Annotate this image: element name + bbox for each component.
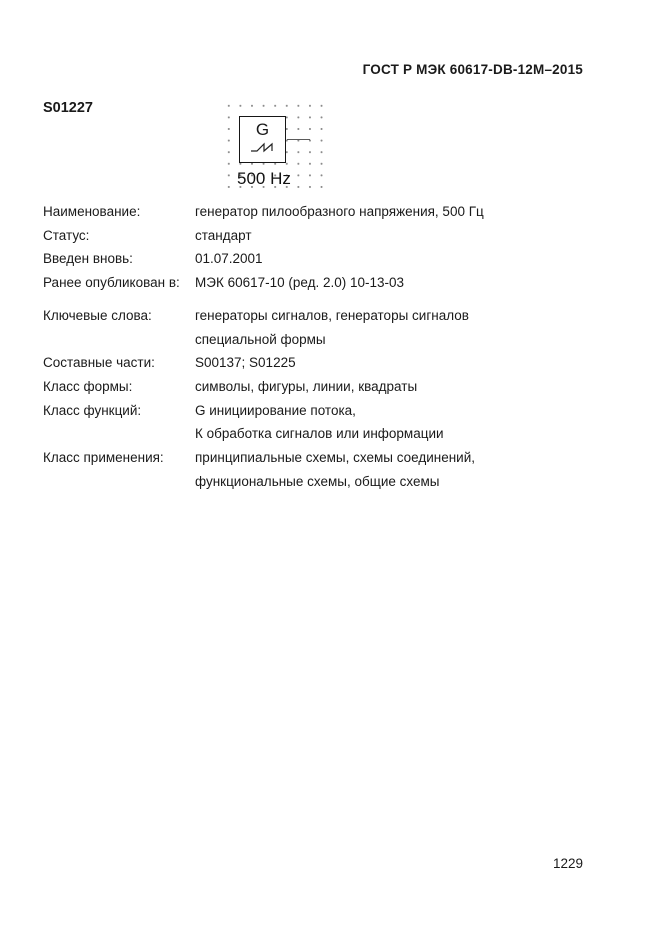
field-value: 01.07.2001	[195, 247, 603, 271]
field-row: Ранее опубликован в: МЭК 60617-10 (ред. …	[43, 271, 603, 295]
field-row: Наименование: генератор пилообразного на…	[43, 200, 603, 224]
field-label: Наименование:	[43, 200, 195, 224]
field-label: Класс применения:	[43, 446, 195, 493]
symbol-id: S01227	[43, 100, 93, 116]
document-page: ГОСТ Р МЭК 60617-DB-12M–2015 S01227 G 50…	[0, 0, 661, 936]
field-label: Введен вновь:	[43, 247, 195, 271]
metadata-fields: Наименование: генератор пилообразного на…	[43, 200, 603, 493]
field-value: стандарт	[195, 224, 603, 248]
generator-letter: G	[256, 120, 269, 140]
field-row: Составные части: S00137; S01225	[43, 351, 603, 375]
field-value: S00137; S01225	[195, 351, 603, 375]
field-value: принципиальные схемы, схемы соединений, …	[195, 446, 603, 493]
field-value: генератор пилообразного напряжения, 500 …	[195, 200, 603, 224]
field-row: Класс применения: принципиальные схемы, …	[43, 446, 603, 493]
field-label: Ранее опубликован в:	[43, 271, 195, 295]
symbol-figure: G 500 Hz	[227, 104, 328, 196]
field-row: Введен вновь: 01.07.2001	[43, 247, 603, 271]
field-label: Статус:	[43, 224, 195, 248]
field-value: МЭК 60617-10 (ред. 2.0) 10-13-03	[195, 271, 603, 295]
field-value: G инициирование потока, К обработка сигн…	[195, 399, 603, 446]
frequency-label: 500 Hz	[237, 169, 291, 189]
field-row: Ключевые слова: генераторы сигналов, ген…	[43, 304, 603, 351]
field-value: символы, фигуры, линии, квадраты	[195, 375, 603, 399]
field-row: Статус: стандарт	[43, 224, 603, 248]
field-label: Составные части:	[43, 351, 195, 375]
sawtooth-icon	[249, 141, 277, 154]
field-value: генераторы сигналов, генераторы сигналов…	[195, 304, 603, 351]
generator-symbol-box: G	[239, 116, 286, 163]
field-label: Класс формы:	[43, 375, 195, 399]
field-label: Ключевые слова:	[43, 304, 195, 351]
document-header: ГОСТ Р МЭК 60617-DB-12M–2015	[363, 62, 583, 77]
connector-line	[287, 139, 310, 140]
page-number: 1229	[553, 856, 583, 871]
field-row: Класс функций: G инициирование потока, К…	[43, 399, 603, 446]
field-row: Класс формы: символы, фигуры, линии, ква…	[43, 375, 603, 399]
field-label: Класс функций:	[43, 399, 195, 446]
